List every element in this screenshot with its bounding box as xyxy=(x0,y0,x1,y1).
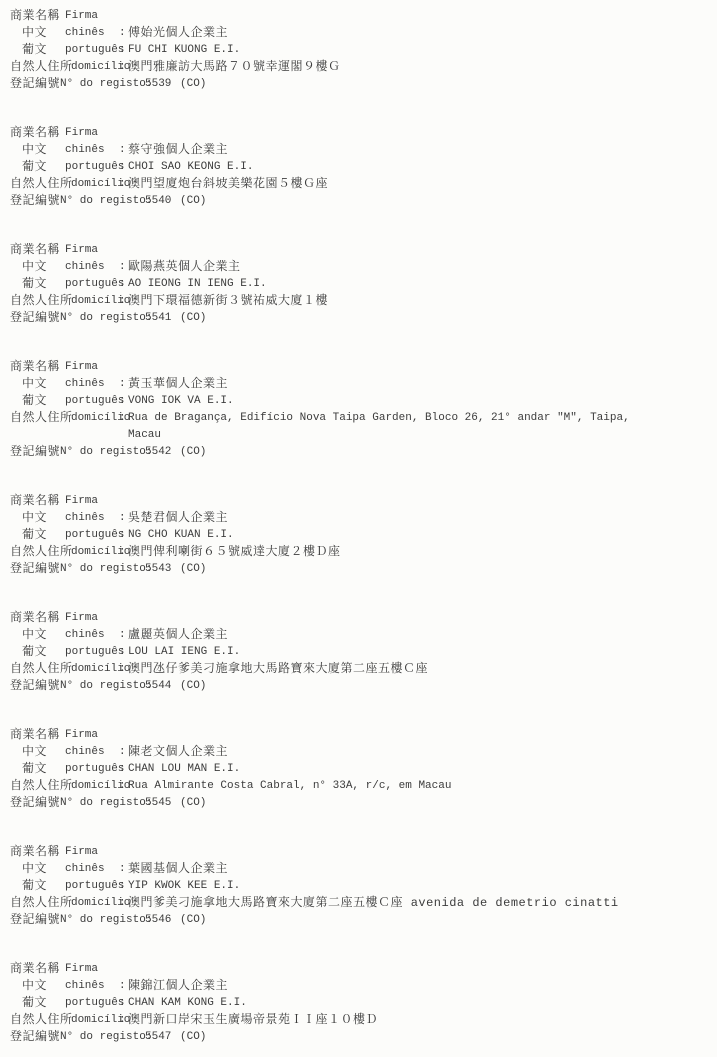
portuguese-name-value: FU CHI KUONG E.I. xyxy=(128,42,240,59)
address-value: 澳門俾利喇街６５號威達大廈２樓Ｄ座 xyxy=(128,544,341,561)
entry-row-chinese-name: 中文 chinês : 黃玉華個人企業主 xyxy=(0,376,717,393)
address-value: Rua de Bragança, Edifício Nova Taipa Gar… xyxy=(128,410,630,427)
chinese-label-pt: chinês xyxy=(65,259,105,276)
address-label-zh: 自然人住所 xyxy=(10,176,73,193)
business-name-label-zh: 商業名稱 xyxy=(10,125,60,142)
colon-separator: : xyxy=(119,861,126,878)
address-value: 澳門雅廉訪大馬路７０號幸運閣９樓Ｇ xyxy=(128,59,341,76)
chinese-label-pt: chinês xyxy=(65,510,105,527)
registration-label-zh: 登記編號 xyxy=(10,1029,60,1046)
registration-number-value: 5543 xyxy=(145,561,171,578)
registration-label-pt: N° do registo: xyxy=(60,193,152,210)
chinese-name-value: 陳錦江個人企業主 xyxy=(128,978,228,995)
registration-label-pt: N° do registo: xyxy=(60,310,152,327)
registration-entry: 商業名稱 Firma 中文 chinês : 陳錦江個人企業主 葡文 portu… xyxy=(0,961,717,1046)
address-label-zh: 自然人住所 xyxy=(10,895,73,912)
registration-entry: 商業名稱 Firma 中文 chinês : 葉國基個人企業主 葡文 portu… xyxy=(0,844,717,929)
registration-number-value: 5546 xyxy=(145,912,171,929)
business-name-label-pt: Firma xyxy=(65,242,98,259)
address-label-zh: 自然人住所 xyxy=(10,661,73,678)
entry-row-address: 自然人住所 domicílio : 澳門氹仔爹美刁施拿地大馬路寶來大廈第二座五樓… xyxy=(0,661,717,678)
entry-row-address-continued: Macau xyxy=(0,427,717,444)
portuguese-name-value: VONG IOK VA E.I. xyxy=(128,393,234,410)
address-value: 澳門氹仔爹美刁施拿地大馬路寶來大廈第二座五樓Ｃ座 xyxy=(128,661,428,678)
registration-label-zh: 登記編號 xyxy=(10,76,60,93)
address-value-line2: Macau xyxy=(128,427,161,444)
registration-entry: 商業名稱 Firma 中文 chinês : 吳楚君個人企業主 葡文 portu… xyxy=(0,493,717,578)
chinese-name-value: 陳老文個人企業主 xyxy=(128,744,228,761)
entry-row-firma: 商業名稱 Firma xyxy=(0,359,717,376)
entry-row-portuguese-name: 葡文 português : VONG IOK VA E.I. xyxy=(0,393,717,410)
portuguese-label-zh: 葡文 xyxy=(22,527,47,544)
colon-separator: : xyxy=(119,259,126,276)
business-name-label-pt: Firma xyxy=(65,125,98,142)
colon-separator: : xyxy=(119,644,126,661)
scanned-registry-page: 商業名稱 Firma 中文 chinês : 傅始光個人企業主 葡文 portu… xyxy=(0,0,717,1057)
chinese-name-value: 吳楚君個人企業主 xyxy=(128,510,228,527)
business-name-label-pt: Firma xyxy=(65,493,98,510)
business-name-label-zh: 商業名稱 xyxy=(10,844,60,861)
colon-separator: : xyxy=(119,59,126,76)
business-name-label-pt: Firma xyxy=(65,610,98,627)
colon-separator: : xyxy=(119,627,126,644)
chinese-label-pt: chinês xyxy=(65,142,105,159)
registration-label-pt: N° do registo: xyxy=(60,678,152,695)
portuguese-label-zh: 葡文 xyxy=(22,644,47,661)
colon-separator: : xyxy=(119,995,126,1012)
chinese-label-zh: 中文 xyxy=(22,861,47,878)
portuguese-label-zh: 葡文 xyxy=(22,995,47,1012)
registration-label-pt: N° do registo: xyxy=(60,561,152,578)
entry-row-portuguese-name: 葡文 português : CHAN LOU MAN E.I. xyxy=(0,761,717,778)
address-value: 澳門下環福德新街３號祐威大廈１樓 xyxy=(128,293,328,310)
registration-label-zh: 登記編號 xyxy=(10,310,60,327)
registration-entry: 商業名稱 Firma 中文 chinês : 傅始光個人企業主 葡文 portu… xyxy=(0,8,717,93)
portuguese-name-value: YIP KWOK KEE E.I. xyxy=(128,878,240,895)
entry-row-address: 自然人住所 domicílio : 澳門俾利喇街６５號威達大廈２樓Ｄ座 xyxy=(0,544,717,561)
entry-row-address: 自然人住所 domicílio : 澳門雅廉訪大馬路７０號幸運閣９樓Ｇ xyxy=(0,59,717,76)
registration-entry: 商業名稱 Firma 中文 chinês : 盧麗英個人企業主 葡文 portu… xyxy=(0,610,717,695)
registration-number-value: 5545 xyxy=(145,795,171,812)
chinese-name-value: 葉國基個人企業主 xyxy=(128,861,228,878)
entry-row-portuguese-name: 葡文 português : YIP KWOK KEE E.I. xyxy=(0,878,717,895)
registration-suffix: (CO) xyxy=(180,310,206,327)
entry-row-firma: 商業名稱 Firma xyxy=(0,125,717,142)
chinese-name-value: 傅始光個人企業主 xyxy=(128,25,228,42)
portuguese-name-value: CHAN LOU MAN E.I. xyxy=(128,761,240,778)
registration-label-pt: N° do registo: xyxy=(60,444,152,461)
entry-row-firma: 商業名稱 Firma xyxy=(0,961,717,978)
chinese-label-pt: chinês xyxy=(65,978,105,995)
registration-number-value: 5541 xyxy=(145,310,171,327)
portuguese-name-value: CHAN KAM KONG E.I. xyxy=(128,995,247,1012)
chinese-name-value: 盧麗英個人企業主 xyxy=(128,627,228,644)
portuguese-label-pt: português xyxy=(65,276,124,293)
portuguese-name-value: NG CHO KUAN E.I. xyxy=(128,527,234,544)
portuguese-label-pt: português xyxy=(65,644,124,661)
colon-separator: : xyxy=(119,527,126,544)
entry-row-firma: 商業名稱 Firma xyxy=(0,610,717,627)
colon-separator: : xyxy=(119,176,126,193)
entry-row-registration: 登記編號 N° do registo: 5547 (CO) xyxy=(0,1029,717,1046)
business-name-label-zh: 商業名稱 xyxy=(10,242,60,259)
colon-separator: : xyxy=(119,744,126,761)
registration-label-zh: 登記編號 xyxy=(10,193,60,210)
business-name-label-zh: 商業名稱 xyxy=(10,727,60,744)
registration-suffix: (CO) xyxy=(180,912,206,929)
chinese-name-value: 黃玉華個人企業主 xyxy=(128,376,228,393)
address-value: 澳門望廈炮台斜坡美樂花園５樓Ｇ座 xyxy=(128,176,328,193)
business-name-label-zh: 商業名稱 xyxy=(10,961,60,978)
entry-row-firma: 商業名稱 Firma xyxy=(0,8,717,25)
entry-row-firma: 商業名稱 Firma xyxy=(0,727,717,744)
address-label-zh: 自然人住所 xyxy=(10,1012,73,1029)
colon-separator: : xyxy=(119,978,126,995)
registration-number-value: 5544 xyxy=(145,678,171,695)
entry-row-address: 自然人住所 domicílio : 澳門爹美刁施拿地大馬路寶來大廈第二座五樓Ｃ座… xyxy=(0,895,717,912)
colon-separator: : xyxy=(119,25,126,42)
business-name-label-zh: 商業名稱 xyxy=(10,8,60,25)
entry-row-firma: 商業名稱 Firma xyxy=(0,493,717,510)
registration-number-value: 5540 xyxy=(145,193,171,210)
entry-row-firma: 商業名稱 Firma xyxy=(0,242,717,259)
chinese-label-zh: 中文 xyxy=(22,744,47,761)
address-value: Rua Almirante Costa Cabral, n° 33A, r/c,… xyxy=(128,778,451,795)
chinese-label-pt: chinês xyxy=(65,627,105,644)
address-label-zh: 自然人住所 xyxy=(10,778,73,795)
business-name-label-zh: 商業名稱 xyxy=(10,610,60,627)
entry-row-chinese-name: 中文 chinês : 陳錦江個人企業主 xyxy=(0,978,717,995)
registration-number-value: 5542 xyxy=(145,444,171,461)
colon-separator: : xyxy=(119,510,126,527)
portuguese-label-zh: 葡文 xyxy=(22,276,47,293)
portuguese-name-value: CHOI SAO KEONG E.I. xyxy=(128,159,253,176)
portuguese-label-zh: 葡文 xyxy=(22,878,47,895)
entry-row-chinese-name: 中文 chinês : 吳楚君個人企業主 xyxy=(0,510,717,527)
portuguese-label-pt: português xyxy=(65,878,124,895)
chinese-label-zh: 中文 xyxy=(22,510,47,527)
registration-suffix: (CO) xyxy=(180,1029,206,1046)
entry-row-chinese-name: 中文 chinês : 傅始光個人企業主 xyxy=(0,25,717,42)
chinese-label-zh: 中文 xyxy=(22,259,47,276)
chinese-label-pt: chinês xyxy=(65,376,105,393)
registration-entry: 商業名稱 Firma 中文 chinês : 黃玉華個人企業主 葡文 portu… xyxy=(0,359,717,461)
registration-entry: 商業名稱 Firma 中文 chinês : 蔡守強個人企業主 葡文 portu… xyxy=(0,125,717,210)
registration-label-pt: N° do registo: xyxy=(60,1029,152,1046)
chinese-label-zh: 中文 xyxy=(22,25,47,42)
colon-separator: : xyxy=(119,761,126,778)
portuguese-label-zh: 葡文 xyxy=(22,761,47,778)
registration-suffix: (CO) xyxy=(180,561,206,578)
entry-row-portuguese-name: 葡文 português : LOU LAI IENG E.I. xyxy=(0,644,717,661)
registration-label-pt: N° do registo: xyxy=(60,912,152,929)
address-label-zh: 自然人住所 xyxy=(10,410,73,427)
entry-row-firma: 商業名稱 Firma xyxy=(0,844,717,861)
entry-row-chinese-name: 中文 chinês : 葉國基個人企業主 xyxy=(0,861,717,878)
registration-label-zh: 登記編號 xyxy=(10,444,60,461)
entry-row-registration: 登記編號 N° do registo: 5542 (CO) xyxy=(0,444,717,461)
entry-row-registration: 登記編號 N° do registo: 5539 (CO) xyxy=(0,76,717,93)
entry-row-registration: 登記編號 N° do registo: 5540 (CO) xyxy=(0,193,717,210)
registration-label-pt: N° do registo: xyxy=(60,795,152,812)
entry-row-portuguese-name: 葡文 português : CHAN KAM KONG E.I. xyxy=(0,995,717,1012)
portuguese-label-pt: português xyxy=(65,527,124,544)
colon-separator: : xyxy=(119,544,126,561)
entry-row-portuguese-name: 葡文 português : CHOI SAO KEONG E.I. xyxy=(0,159,717,176)
entry-row-registration: 登記編號 N° do registo: 5546 (CO) xyxy=(0,912,717,929)
entry-row-registration: 登記編號 N° do registo: 5544 (CO) xyxy=(0,678,717,695)
registration-label-pt: N° do registo: xyxy=(60,76,152,93)
registration-label-zh: 登記編號 xyxy=(10,561,60,578)
chinese-label-pt: chinês xyxy=(65,25,105,42)
registration-entry: 商業名稱 Firma 中文 chinês : 歐陽燕英個人企業主 葡文 port… xyxy=(0,242,717,327)
colon-separator: : xyxy=(119,159,126,176)
address-value: 澳門爹美刁施拿地大馬路寶來大廈第二座五樓Ｃ座 avenida de demetr… xyxy=(128,895,619,912)
registration-number-value: 5539 xyxy=(145,76,171,93)
entry-row-portuguese-name: 葡文 português : FU CHI KUONG E.I. xyxy=(0,42,717,59)
portuguese-name-value: AO IEONG IN IENG E.I. xyxy=(128,276,267,293)
portuguese-label-pt: português xyxy=(65,159,124,176)
portuguese-label-pt: português xyxy=(65,42,124,59)
chinese-label-pt: chinês xyxy=(65,744,105,761)
portuguese-label-pt: português xyxy=(65,761,124,778)
colon-separator: : xyxy=(119,778,126,795)
chinese-label-pt: chinês xyxy=(65,861,105,878)
portuguese-label-pt: português xyxy=(65,995,124,1012)
entry-row-chinese-name: 中文 chinês : 蔡守強個人企業主 xyxy=(0,142,717,159)
colon-separator: : xyxy=(119,1012,126,1029)
colon-separator: : xyxy=(119,393,126,410)
entry-row-address: 自然人住所 domicílio : 澳門望廈炮台斜坡美樂花園５樓Ｇ座 xyxy=(0,176,717,193)
registration-entry: 商業名稱 Firma 中文 chinês : 陳老文個人企業主 葡文 portu… xyxy=(0,727,717,812)
colon-separator: : xyxy=(119,293,126,310)
entry-row-chinese-name: 中文 chinês : 盧麗英個人企業主 xyxy=(0,627,717,644)
business-name-label-pt: Firma xyxy=(65,359,98,376)
business-name-label-pt: Firma xyxy=(65,844,98,861)
address-label-zh: 自然人住所 xyxy=(10,293,73,310)
registration-suffix: (CO) xyxy=(180,678,206,695)
chinese-label-zh: 中文 xyxy=(22,627,47,644)
address-value: 澳門新口岸宋玉生廣場帝景苑ＩＩ座１０樓Ｄ xyxy=(128,1012,378,1029)
entry-row-portuguese-name: 葡文 português : AO IEONG IN IENG E.I. xyxy=(0,276,717,293)
entry-row-address: 自然人住所 domicílio : 澳門新口岸宋玉生廣場帝景苑ＩＩ座１０樓Ｄ xyxy=(0,1012,717,1029)
portuguese-name-value: LOU LAI IENG E.I. xyxy=(128,644,240,661)
business-name-label-pt: Firma xyxy=(65,8,98,25)
registration-label-zh: 登記編號 xyxy=(10,912,60,929)
chinese-name-value: 蔡守強個人企業主 xyxy=(128,142,228,159)
entry-row-registration: 登記編號 N° do registo: 5543 (CO) xyxy=(0,561,717,578)
registration-suffix: (CO) xyxy=(180,444,206,461)
registration-suffix: (CO) xyxy=(180,795,206,812)
colon-separator: : xyxy=(119,276,126,293)
business-name-label-pt: Firma xyxy=(65,961,98,978)
entry-row-address: 自然人住所 domicílio : Rua de Bragança, Edifí… xyxy=(0,410,717,427)
portuguese-label-zh: 葡文 xyxy=(22,159,47,176)
entry-row-portuguese-name: 葡文 português : NG CHO KUAN E.I. xyxy=(0,527,717,544)
colon-separator: : xyxy=(119,42,126,59)
chinese-name-value: 歐陽燕英個人企業主 xyxy=(128,259,241,276)
chinese-label-zh: 中文 xyxy=(22,978,47,995)
chinese-label-zh: 中文 xyxy=(22,142,47,159)
address-label-zh: 自然人住所 xyxy=(10,544,73,561)
portuguese-label-zh: 葡文 xyxy=(22,393,47,410)
registration-suffix: (CO) xyxy=(180,76,206,93)
entry-row-address: 自然人住所 domicílio : Rua Almirante Costa Ca… xyxy=(0,778,717,795)
registration-label-zh: 登記編號 xyxy=(10,678,60,695)
colon-separator: : xyxy=(119,410,126,427)
business-name-label-zh: 商業名稱 xyxy=(10,359,60,376)
entry-row-address: 自然人住所 domicílio : 澳門下環福德新街３號祐威大廈１樓 xyxy=(0,293,717,310)
registration-number-value: 5547 xyxy=(145,1029,171,1046)
business-name-label-zh: 商業名稱 xyxy=(10,493,60,510)
address-label-zh: 自然人住所 xyxy=(10,59,73,76)
colon-separator: : xyxy=(119,895,126,912)
business-name-label-pt: Firma xyxy=(65,727,98,744)
colon-separator: : xyxy=(119,376,126,393)
entry-row-chinese-name: 中文 chinês : 陳老文個人企業主 xyxy=(0,744,717,761)
entry-row-registration: 登記編號 N° do registo: 5541 (CO) xyxy=(0,310,717,327)
colon-separator: : xyxy=(119,661,126,678)
entry-row-registration: 登記編號 N° do registo: 5545 (CO) xyxy=(0,795,717,812)
portuguese-label-zh: 葡文 xyxy=(22,42,47,59)
registration-suffix: (CO) xyxy=(180,193,206,210)
colon-separator: : xyxy=(119,142,126,159)
portuguese-label-pt: português xyxy=(65,393,124,410)
entry-row-chinese-name: 中文 chinês : 歐陽燕英個人企業主 xyxy=(0,259,717,276)
colon-separator: : xyxy=(119,878,126,895)
chinese-label-zh: 中文 xyxy=(22,376,47,393)
registration-label-zh: 登記編號 xyxy=(10,795,60,812)
